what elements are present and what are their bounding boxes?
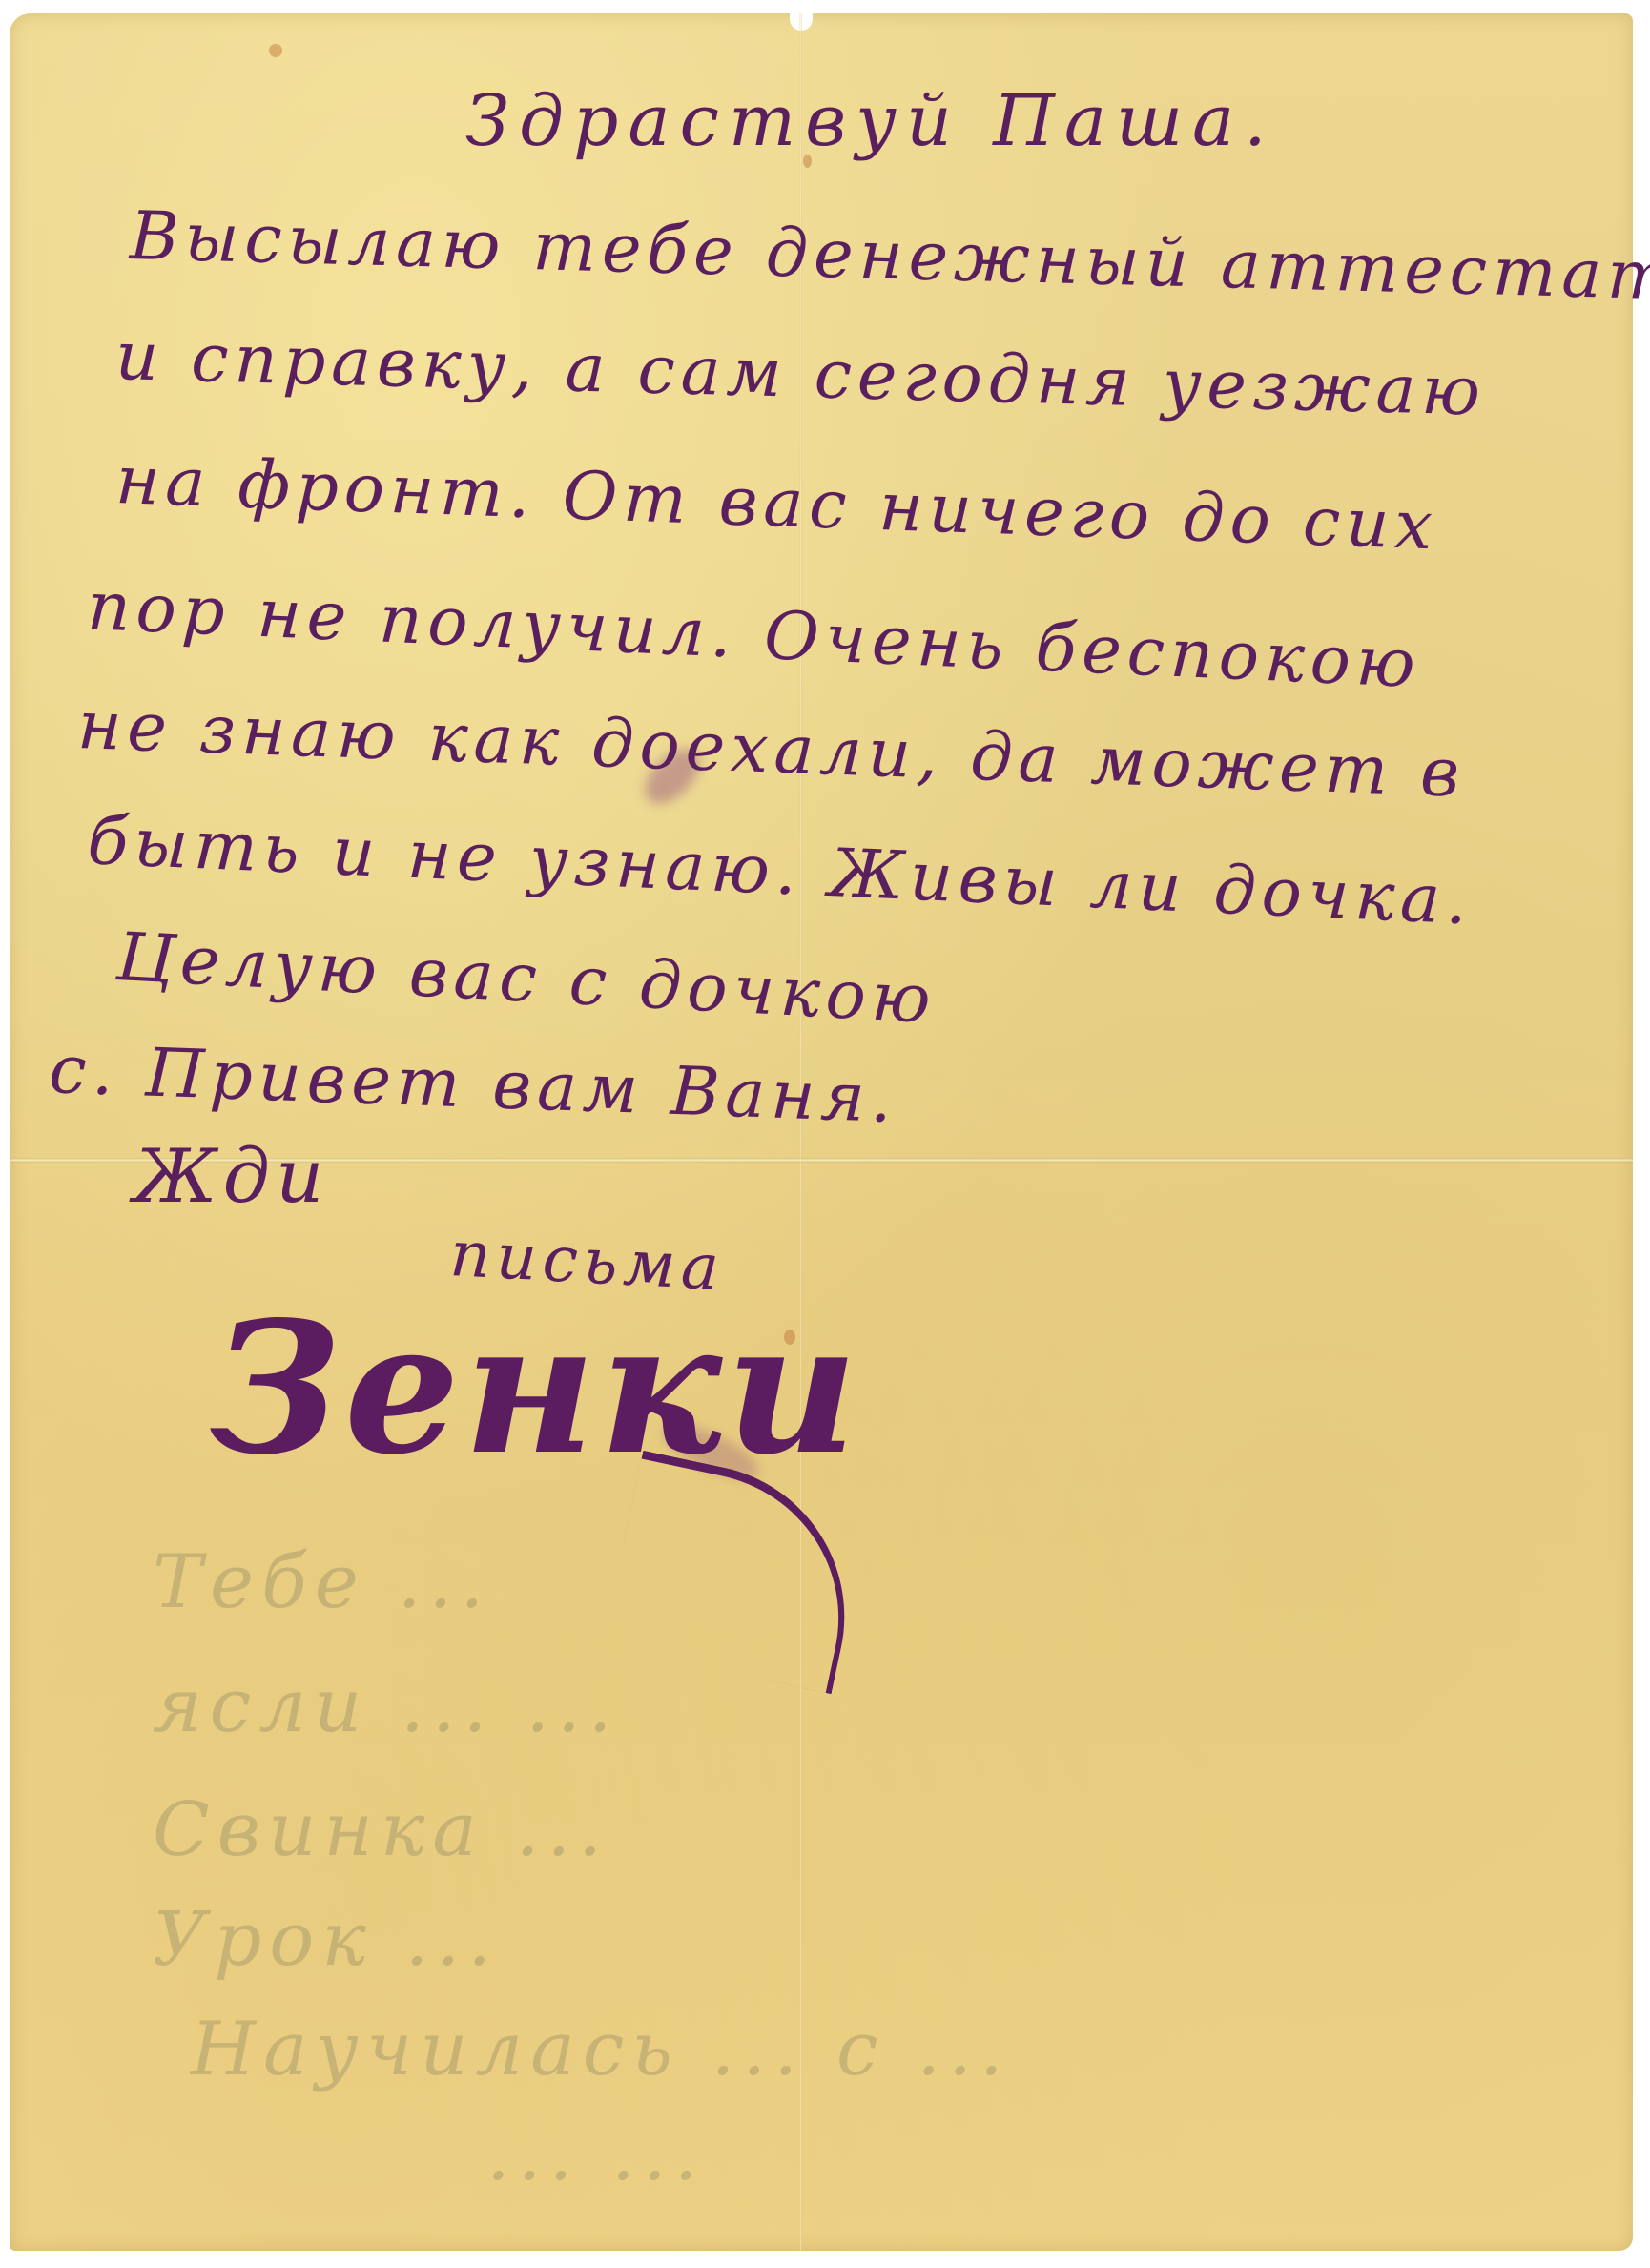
letter-line: не знаю как доехали, да может в <box>76 686 1466 813</box>
letter-paper: Здраствуй Паша. Высылаю тебе денежный ат… <box>10 13 1633 2251</box>
pencil-line: ясли ... ... <box>153 1663 620 1749</box>
pencil-line: Урок ... <box>153 1897 499 1983</box>
letter-line: Целую вас с дочкою <box>114 918 938 1039</box>
pencil-line: Свинка ... <box>153 1787 609 1873</box>
closing-wait: Жди <box>134 1134 329 1220</box>
letter-line: быть и не узнаю. Живы ли дочка. <box>86 801 1475 939</box>
stain <box>269 44 282 57</box>
letter-greeting: Здраствуй Паша. <box>465 80 1276 162</box>
letter-line: на фронт. От вас ничего до сих <box>114 441 1439 565</box>
letter-line: пор не получил. Очень беспокою <box>86 567 1422 703</box>
signature: Зенки <box>210 1282 861 1495</box>
letter-line: Высылаю тебе денежный аттестат <box>129 196 1650 315</box>
pencil-line: Научилась ... с ... <box>191 2007 1011 2093</box>
pencil-line: Тебе ... <box>153 1539 491 1625</box>
pencil-line: ... ... <box>486 2112 706 2197</box>
letter-line: с. Привет вам Ваня. <box>48 1030 898 1138</box>
